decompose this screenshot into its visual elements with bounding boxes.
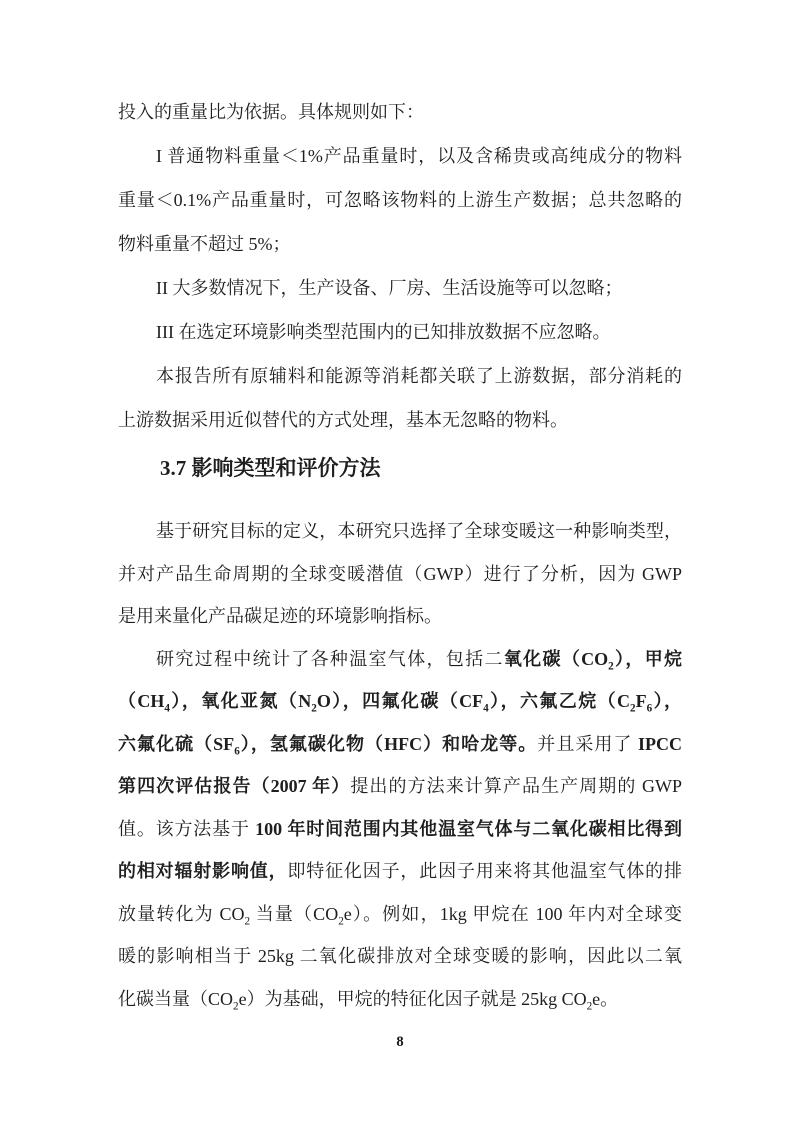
text-line: I 普通物料重量＜1%产品重量时，以及含稀贵或高纯成分的物料 — [118, 134, 682, 178]
text-run: 即特征化因子，此因子用来将其他温室气体的排 — [287, 861, 682, 881]
section-heading: 3.7 影响类型和评价方法 — [118, 446, 682, 490]
text-run: 暖的影响相当于 25kg 二氧化碳排放对全球变暖的影响，因此以二氧 — [118, 946, 682, 966]
text-run: 并对产品生命周期的全球变暖潜值（GWP）进行了分析，因为 GWP — [118, 564, 682, 584]
text-line: 本报告所有原辅料和能源等消耗都关联了上游数据，部分消耗的 — [118, 354, 682, 398]
text-run: e）为基础，甲烷的特征化因子就是 25kg CO — [239, 989, 587, 1009]
text-run: 第四次评估报告（2007 年） — [118, 776, 350, 796]
text-run: 值。该方法基于 — [118, 819, 255, 839]
text-run: I 普通物料重量＜1%产品重量时，以及含稀贵或高纯成分的物料 — [156, 146, 682, 166]
document-page: 投入的重量比为依据。具体规则如下：I 普通物料重量＜1%产品重量时，以及含稀贵或… — [0, 0, 800, 1132]
text-run: ）， — [652, 691, 682, 711]
text-run: 并且采用了 — [537, 734, 638, 754]
text-line: 的相对辐射影响值，即特征化因子，此因子用来将其他温室气体的排 — [118, 850, 682, 893]
section-impact-types-and-methods: 3.7 影响类型和评价方法基于研究目标的定义，本研究只选择了全球变暖这一种影响类… — [118, 446, 682, 1020]
text-run: II 大多数情况下，生产设备、厂房、生活设施等可以忽略； — [156, 278, 623, 298]
text-run: 的相对辐射影响值， — [118, 861, 287, 881]
section-cutoff-rules: 投入的重量比为依据。具体规则如下：I 普通物料重量＜1%产品重量时，以及含稀贵或… — [118, 90, 682, 442]
text-run: 物料重量不超过 5%； — [118, 234, 291, 254]
text-line: 值。该方法基于 100 年时间范围内其他温室气体与二氧化碳相比得到 — [118, 808, 682, 851]
page-footer: 8 — [0, 1033, 800, 1051]
text-line: 重量＜0.1%产品重量时，可忽略该物料的上游生产数据；总共忽略的 — [118, 178, 682, 222]
page-number: 8 — [396, 1034, 403, 1050]
text-line: 六氟化硫（SF6），氢氟碳化物（HFC）和哈龙等。并且采用了 IPCC — [118, 723, 682, 766]
text-line: 上游数据采用近似替代的方式处理，基本无忽略的物料。 — [118, 398, 682, 442]
text-run: ），六氟乙烷（C — [489, 691, 630, 711]
text-run: 六氟化硫（SF — [118, 734, 234, 754]
text-run: ），氢氟碳化物（HFC）和哈龙等。 — [240, 734, 538, 754]
text-line: 第四次评估报告（2007 年）提出的方法来计算产品生产周期的 GWP — [118, 765, 682, 808]
text-run: 是用来量化产品碳足迹的环境影响指标。 — [118, 606, 442, 626]
text-line: III 在选定环境影响类型范围内的已知排放数据不应忽略。 — [118, 310, 682, 354]
document-body: 投入的重量比为依据。具体规则如下：I 普通物料重量＜1%产品重量时，以及含稀贵或… — [118, 90, 682, 1020]
text-run: 投入的重量比为依据。具体规则如下： — [118, 102, 424, 122]
text-line: 暖的影响相当于 25kg 二氧化碳排放对全球变暖的影响，因此以二氧 — [118, 935, 682, 978]
text-line: 并对产品生命周期的全球变暖潜值（GWP）进行了分析，因为 GWP — [118, 553, 682, 596]
text-line: 放量转化为 CO2 当量（CO2e）。例如，1kg 甲烷在 100 年内对全球变 — [118, 893, 682, 936]
text-run: ），氧化亚氮（N — [170, 691, 311, 711]
text-line: 化碳当量（CO2e）为基础，甲烷的特征化因子就是 25kg CO2e。 — [118, 978, 682, 1021]
text-run: 研究过程中统计了各种温室气体，包括二 — [156, 649, 504, 669]
text-run: III 在选定环境影响类型范围内的已知排放数据不应忽略。 — [156, 322, 610, 342]
text-run: 提出的方法来计算产品生产周期的 GWP — [350, 776, 682, 796]
text-line: 是用来量化产品碳足迹的环境影响指标。 — [118, 595, 682, 638]
text-run: （CH — [118, 691, 164, 711]
text-run: 氧化碳（CO — [504, 649, 608, 669]
text-run: 100 年时间范围内其他温室气体与二氧化碳相比得到 — [255, 819, 682, 839]
text-run: 当量（CO — [250, 904, 338, 924]
text-run: 基于研究目标的定义，本研究只选择了全球变暖这一种影响类型， — [156, 521, 682, 541]
text-line: 投入的重量比为依据。具体规则如下： — [118, 90, 682, 134]
text-run: IPCC — [638, 734, 682, 754]
text-run: e）。例如，1kg 甲烷在 100 年内对全球变 — [344, 904, 682, 924]
text-run: ），甲烷 — [614, 649, 682, 669]
text-run: 化碳当量（CO — [118, 989, 233, 1009]
text-line: 物料重量不超过 5%； — [118, 222, 682, 266]
text-run: 上游数据采用近似替代的方式处理，基本无忽略的物料。 — [118, 410, 568, 430]
text-run: 放量转化为 CO — [118, 904, 244, 924]
text-line: II 大多数情况下，生产设备、厂房、生活设施等可以忽略； — [118, 266, 682, 310]
text-line: 基于研究目标的定义，本研究只选择了全球变暖这一种影响类型， — [118, 510, 682, 553]
text-run: O），四氟化碳（CF — [317, 691, 483, 711]
text-run: 重量＜0.1%产品重量时，可忽略该物料的上游生产数据；总共忽略的 — [118, 190, 682, 210]
text-run: 本报告所有原辅料和能源等消耗都关联了上游数据，部分消耗的 — [156, 366, 682, 386]
text-run: F — [636, 691, 647, 711]
text-line: （CH4），氧化亚氮（N2O），四氟化碳（CF4），六氟乙烷（C2F6）， — [118, 680, 682, 723]
text-run: e。 — [592, 989, 618, 1009]
text-line: 研究过程中统计了各种温室气体，包括二氧化碳（CO2），甲烷 — [118, 638, 682, 681]
